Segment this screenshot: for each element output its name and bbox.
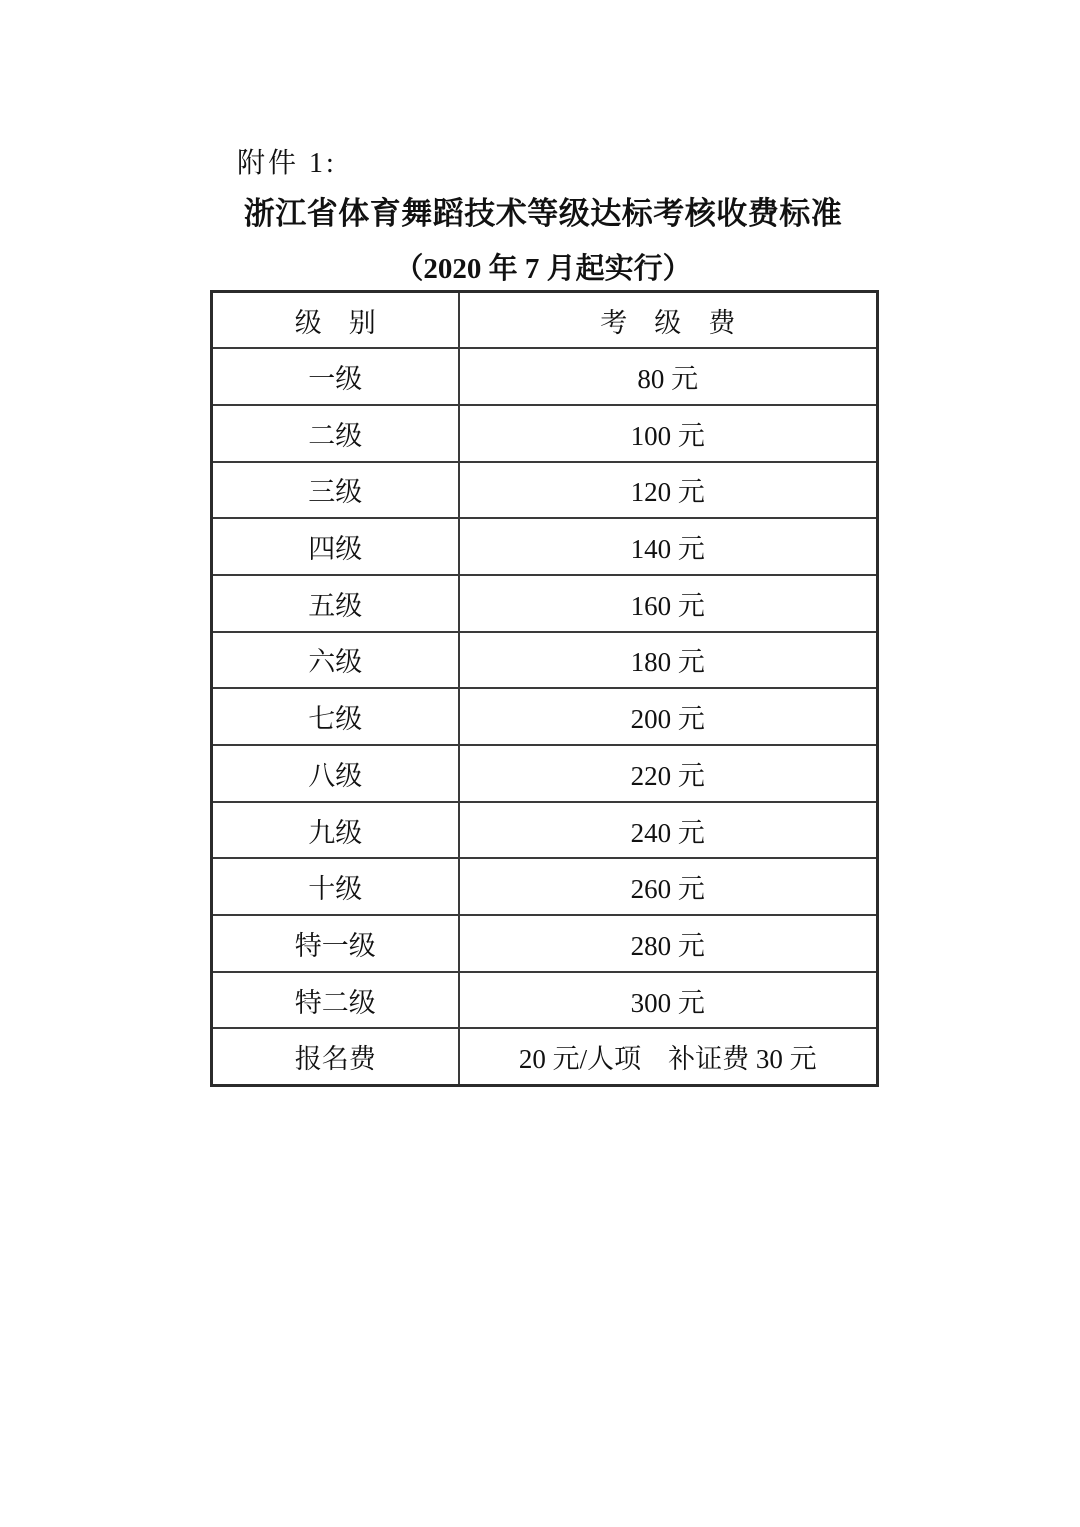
fee-cell: 160 元 (459, 575, 878, 632)
fee-cell: 280 元 (459, 915, 878, 972)
level-cell: 九级 (212, 802, 459, 859)
level-cell: 四级 (212, 518, 459, 575)
fee-table: 级 别 考 级 费 一级80 元二级100 元三级120 元四级140 元五级1… (210, 290, 879, 1087)
table-row: 九级240 元 (212, 802, 878, 859)
table-row: 报名费20 元/人项 补证费 30 元 (212, 1028, 878, 1085)
fee-cell: 240 元 (459, 802, 878, 859)
fee-cell: 200 元 (459, 688, 878, 745)
table-row: 二级100 元 (212, 405, 878, 462)
level-cell: 十级 (212, 858, 459, 915)
level-cell: 一级 (212, 348, 459, 405)
fee-cell: 220 元 (459, 745, 878, 802)
table-row: 五级160 元 (212, 575, 878, 632)
fee-cell: 260 元 (459, 858, 878, 915)
table-row: 一级80 元 (212, 348, 878, 405)
column-header-level: 级 别 (212, 292, 459, 349)
fee-cell: 120 元 (459, 462, 878, 519)
fee-cell: 20 元/人项 补证费 30 元 (459, 1028, 878, 1085)
level-cell: 特二级 (212, 972, 459, 1029)
document-title: 浙江省体育舞蹈技术等级达标考核收费标准 (0, 188, 1080, 233)
fee-cell: 140 元 (459, 518, 878, 575)
table-row: 十级260 元 (212, 858, 878, 915)
table-row: 七级200 元 (212, 688, 878, 745)
document-subtitle: （2020 年 7 月起实行） (0, 246, 1080, 287)
level-cell: 六级 (212, 632, 459, 689)
level-cell: 八级 (212, 745, 459, 802)
column-header-fee: 考 级 费 (459, 292, 878, 349)
level-cell: 五级 (212, 575, 459, 632)
table-row: 四级140 元 (212, 518, 878, 575)
fee-cell: 180 元 (459, 632, 878, 689)
table-row: 六级180 元 (212, 632, 878, 689)
attachment-label: 附件 1: (237, 141, 337, 181)
fee-cell: 300 元 (459, 972, 878, 1029)
table-row: 特二级300 元 (212, 972, 878, 1029)
level-cell: 三级 (212, 462, 459, 519)
fee-cell: 100 元 (459, 405, 878, 462)
level-cell: 七级 (212, 688, 459, 745)
document-page: 附件 1: 浙江省体育舞蹈技术等级达标考核收费标准 （2020 年 7 月起实行… (0, 0, 1080, 1527)
level-cell: 特一级 (212, 915, 459, 972)
fee-cell: 80 元 (459, 348, 878, 405)
table-row: 八级220 元 (212, 745, 878, 802)
level-cell: 二级 (212, 405, 459, 462)
table-header-row: 级 别 考 级 费 (212, 292, 878, 349)
table-row: 特一级280 元 (212, 915, 878, 972)
table-row: 三级120 元 (212, 462, 878, 519)
level-cell: 报名费 (212, 1028, 459, 1085)
